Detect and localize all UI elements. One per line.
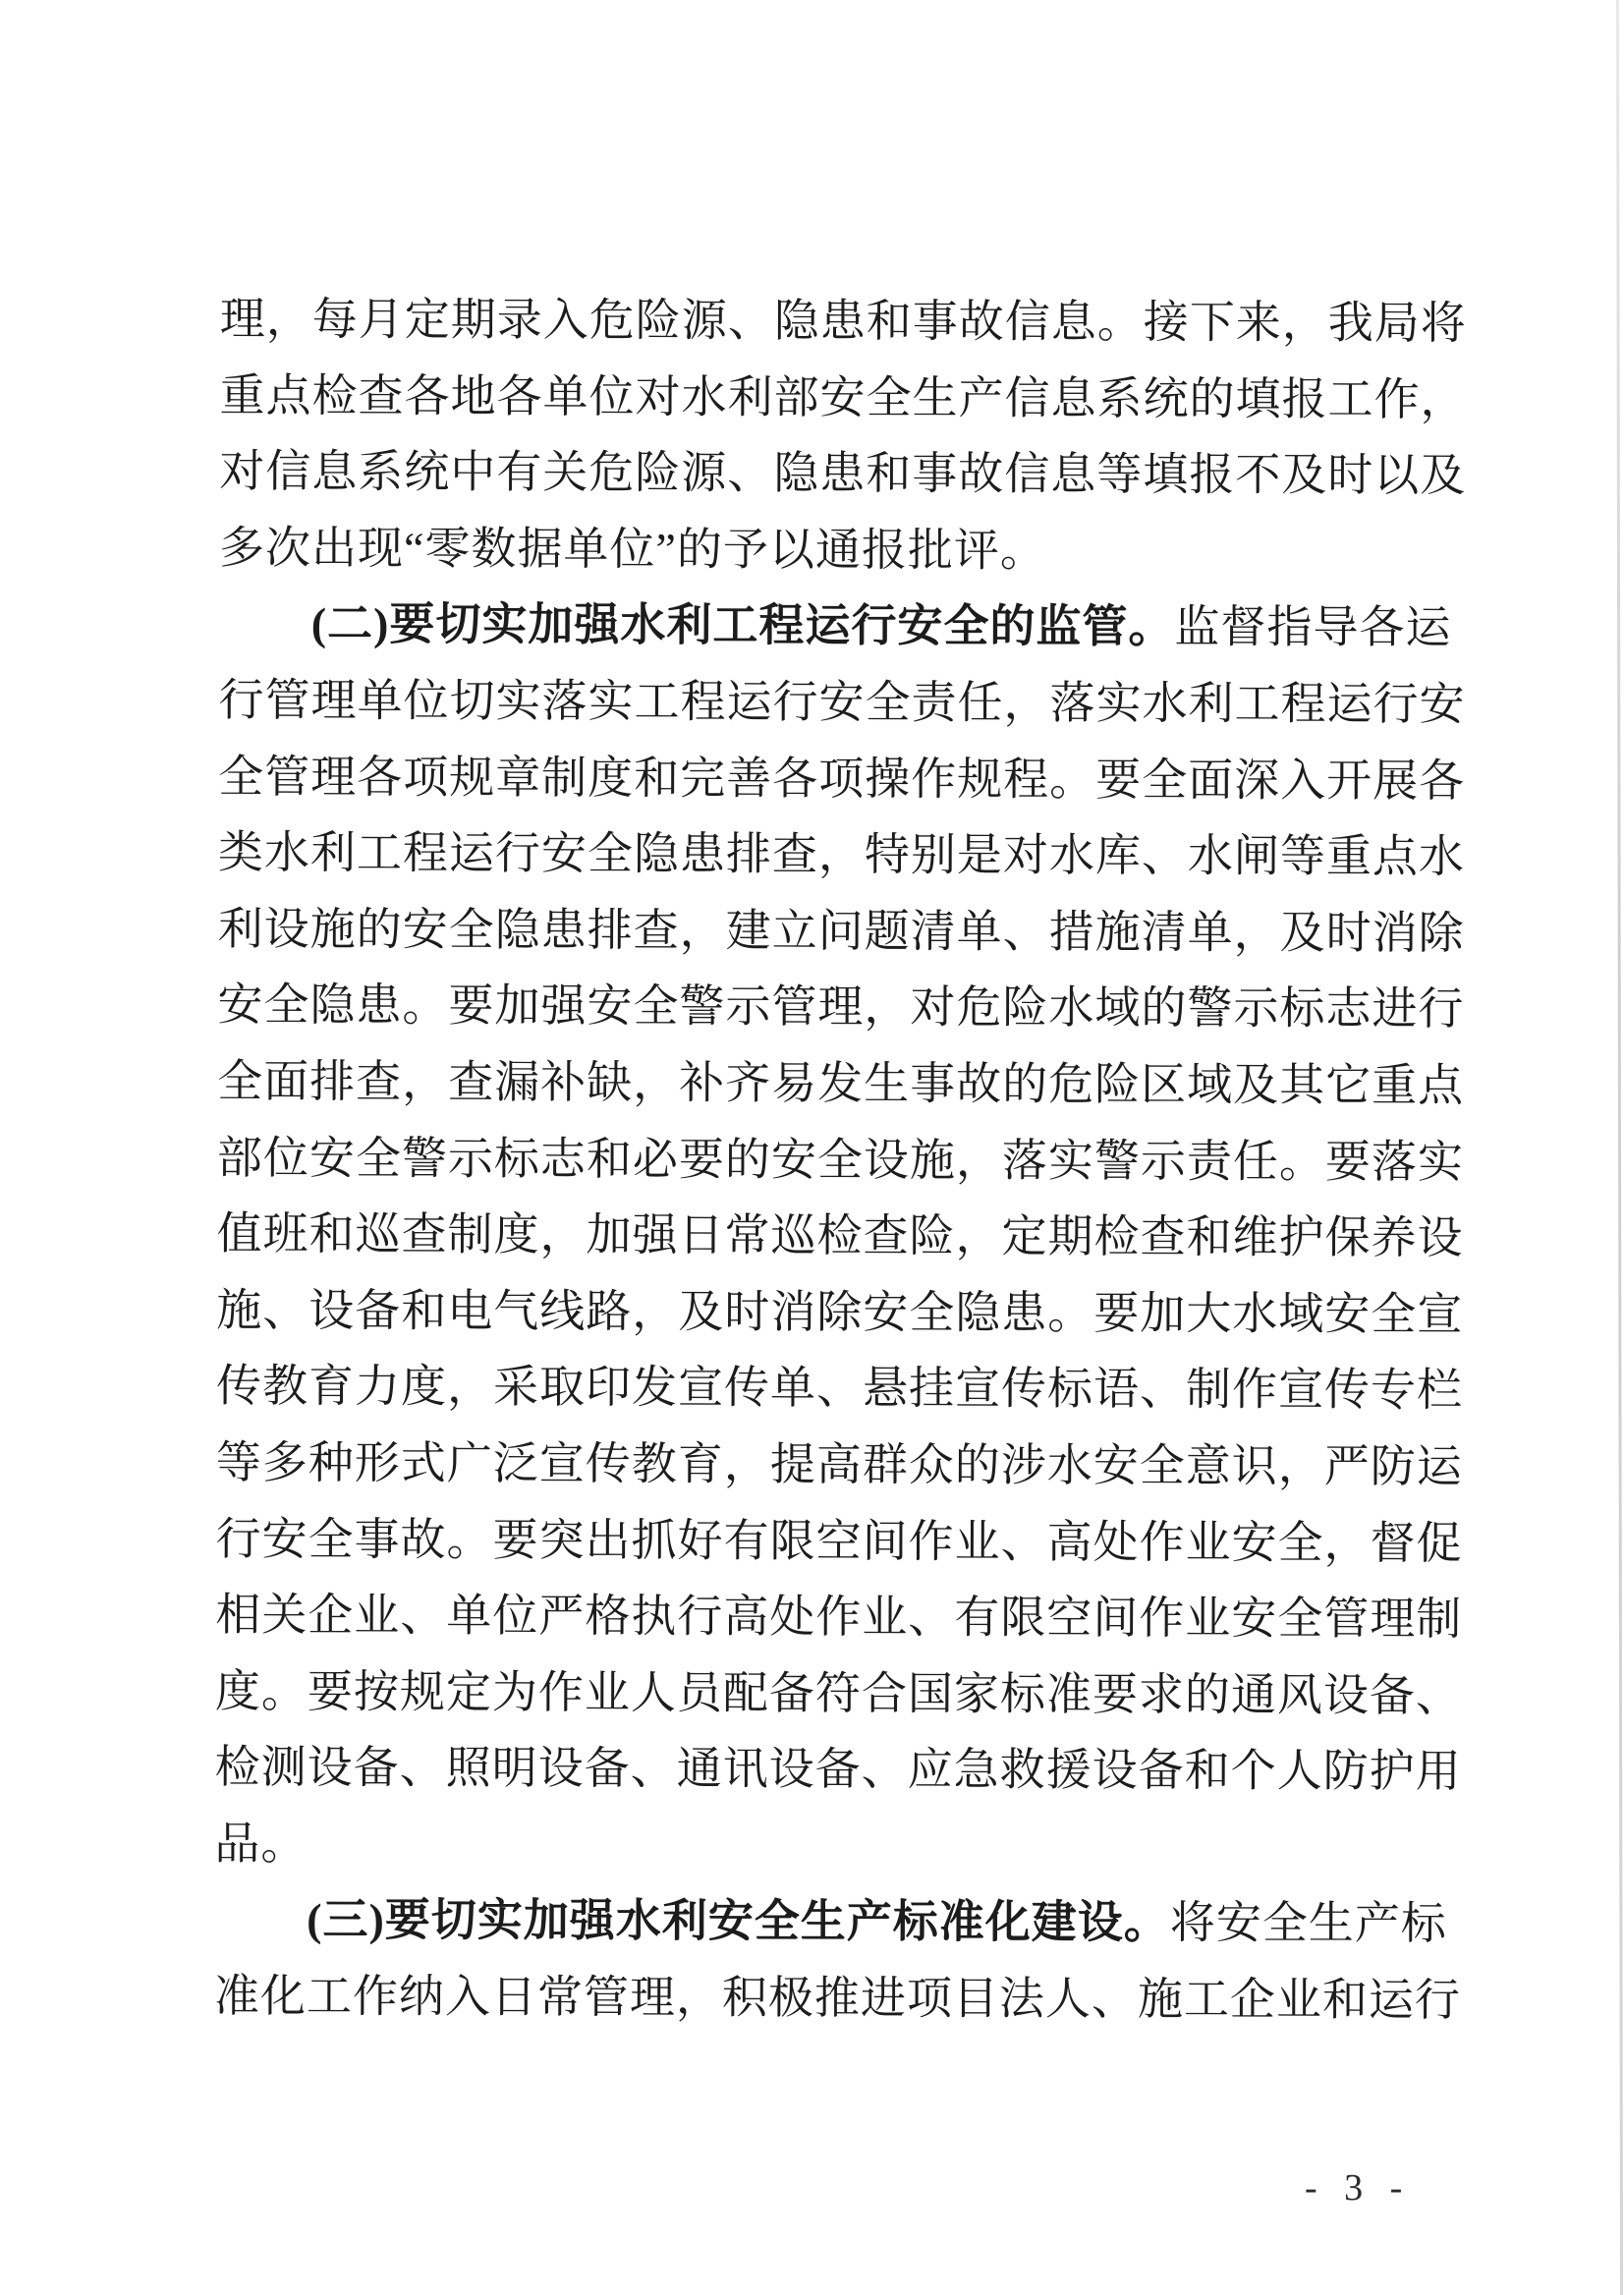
text-line-14: 施、设备和电气线路，及时消除安全隐患。要加大水域安全宣 [216,1272,1444,1353]
section-heading: (二)要切实加强水利工程运行安全的监管。 [311,599,1175,652]
text-line-10: 安全隐患。要加强安全警示管理，对危险水域的警示标志进行 [217,967,1445,1047]
page-number: - 3 - [1305,2165,1411,2211]
text-line-5: (二)要切实加强水利工程运行安全的监管。监督指导各运 [219,586,1447,666]
text-line-1: 理，每月定期录入危险源、隐患和事故信息。接下来，我局将 [220,281,1448,362]
text-line-13: 值班和巡查制度，加强日常巡检查险，定期检查和维护保养设 [216,1196,1444,1276]
text-line-22: (三)要切实加强水利安全生产标准化建设。将安全生产标 [214,1881,1442,1962]
text-line-15: 传教育力度，采取印发宣传单、悬挂宣传标语、制作宣传专栏 [216,1348,1444,1428]
text-line-2: 重点检查各地各单位对水利部安全生产信息系统的填报工作， [219,358,1447,438]
text-line-20: 检测设备、照明设备、通讯设备、应急救援设备和个人防护用 [215,1729,1443,1810]
scan-edge-shadow [1616,0,1623,2295]
document-body: 理，每月定期录入危险源、隐患和事故信息。接下来，我局将重点检查各地各单位对水利部… [214,281,1448,2039]
text-line-12: 部位安全警示标志和必要的安全设施，落实警示责任。要落实 [217,1120,1445,1201]
text-line-6: 行管理单位切实落实工程运行安全责任，落实水利工程运行安 [218,662,1446,743]
text-line-19: 度。要按规定为作业人员配备符合国家标准要求的通风设备、 [215,1653,1443,1734]
text-line-21: 品。 [214,1806,1442,1886]
text-line-8: 类水利工程运行安全隐患排查，特别是对水库、水闸等重点水 [218,814,1446,895]
text-line-3: 对信息系统中有关危险源、隐患和事故信息等填报不及时以及 [219,433,1447,514]
text-line-18: 相关企业、单位严格执行高处作业、有限空间作业安全管理制 [215,1577,1443,1657]
text-line-16: 等多种形式广泛宣传教育，提高群众的涉水安全意识，严防运 [216,1425,1444,1505]
text-line-23: 准化工作纳入日常管理，积极推进项目法人、施工企业和运行 [214,1958,1442,2039]
section-heading: (三)要切实加强水利安全生产标准化建设。 [307,1895,1170,1948]
text-line-17: 行安全事故。要突出抓好有限空间作业、高处作业安全，督促 [215,1500,1443,1581]
document-page: 理，每月定期录入危险源、隐患和事故信息。接下来，我局将重点检查各地各单位对水利部… [0,0,1624,2295]
text-line-7: 全管理各项规章制度和完善各项操作规程。要全面深入开展各 [218,739,1446,819]
text-line-9: 利设施的安全隐患排查，建立问题清单、措施清单，及时消除 [218,891,1446,972]
text-line-4: 多次出现“零数据单位”的予以通报批评。 [219,510,1447,590]
text-line-11: 全面排查，查漏补缺，补齐易发生事故的危险区域及其它重点 [217,1043,1445,1124]
